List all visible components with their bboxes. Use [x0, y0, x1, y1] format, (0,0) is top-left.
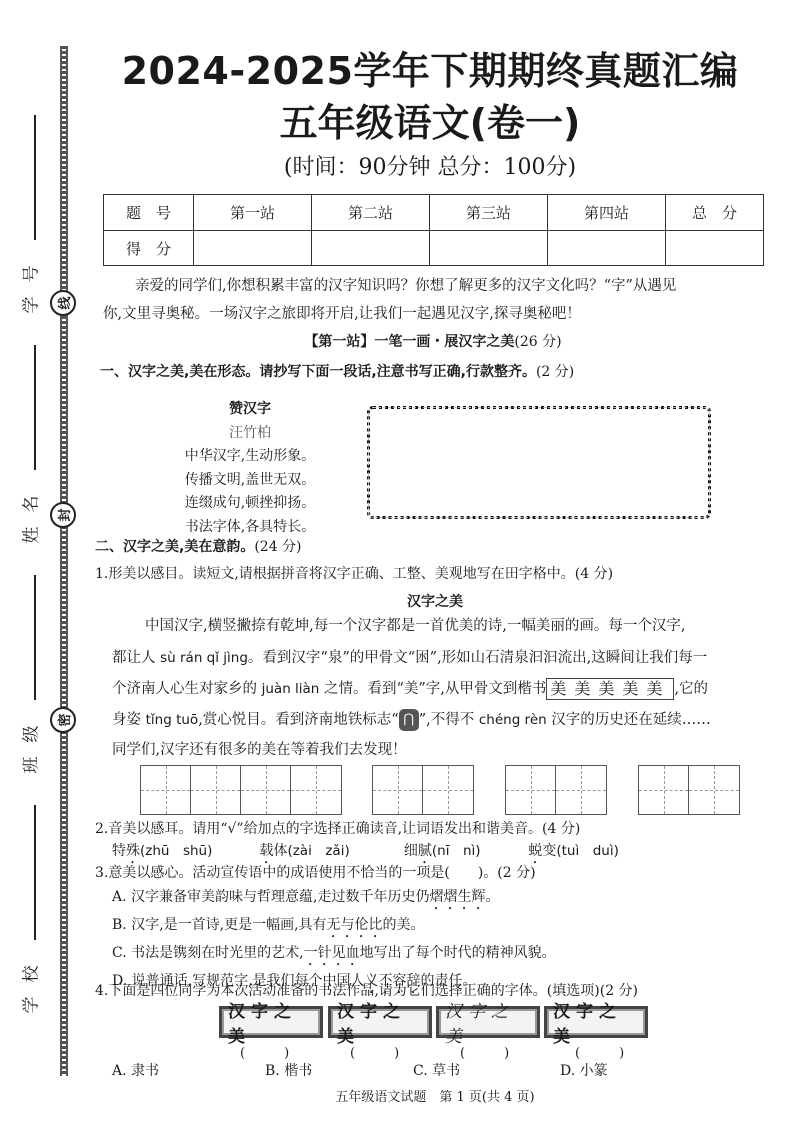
poem: 赞汉字 汪竹柏 中华汉字,生动形象。 传播文明,盖世无双。 连缀成句,顿挫抑扬。… [150, 398, 350, 539]
poem-line: 连缀成句,顿挫抑扬。 [150, 492, 350, 516]
name-input-line[interactable] [34, 345, 36, 470]
mei-evolution-image: 美美美美美 [546, 678, 674, 700]
quan-oracle-glyph: 囦 [415, 650, 430, 666]
calligraphy-work-4: 汉字之美 [544, 1006, 648, 1038]
copy-writing-box[interactable] [367, 406, 711, 519]
pinyin-blank: tǐng tuō [146, 712, 199, 728]
pronunciation-item: 蜕变(tuì duì) [528, 843, 619, 859]
pinyin-options[interactable]: (nī nì) [432, 843, 481, 859]
tianzige-cell[interactable] [241, 766, 291, 814]
tianzige-cell[interactable] [556, 766, 606, 814]
choice-a: A. 隶书 [112, 1060, 159, 1080]
class-field: 班级 [14, 710, 44, 770]
header-cell: 第一站 [194, 195, 312, 231]
exam-subtitle: 五年级语文(卷一) [100, 92, 760, 147]
tianzige-cell[interactable] [423, 766, 473, 814]
row-label: 得 分 [104, 231, 194, 266]
tianzige-cell[interactable] [291, 766, 341, 814]
exam-title: 2024-2025学年下期期终真题汇编 [100, 40, 760, 95]
score-cell[interactable] [548, 231, 666, 266]
header-cell: 第四站 [548, 195, 666, 231]
binding-mark-xian: 线 [50, 290, 76, 316]
pinyin-blank: juàn liàn [262, 681, 320, 697]
option-a[interactable]: A. 汉字兼备审美韵味与哲理意蕴,走过数千年历史仍熠熠生辉。 [112, 885, 772, 913]
passage-line-3: 个济南人心生对家乡的 juàn liàn 之情。看到“美”字,从甲骨文到楷书美美… [112, 675, 772, 703]
score-cell[interactable] [194, 231, 312, 266]
score-table-score-row: 得 分 [104, 231, 764, 266]
student-id-field: 学号 [14, 250, 44, 310]
option-b[interactable]: B. 汉字,是一首诗,更是一幅画,具有无与伦比的美。 [112, 913, 772, 941]
score-cell[interactable] [430, 231, 548, 266]
tianzige-cell[interactable] [639, 766, 689, 814]
question-1: 一、汉字之美,美在形态。请抄写下面一段话,注意书写正确,行款整齐。(2 分) [100, 360, 770, 384]
tianzige-cell[interactable] [689, 766, 739, 814]
school-field: 学校 [14, 950, 44, 1010]
exam-meta: (时间：90分钟 总分：100分) [100, 150, 760, 181]
answer-blank-4[interactable]: ( ) [575, 1042, 624, 1061]
choice-d: D. 小篆 [560, 1060, 608, 1080]
passage-line-1: 中国汉字,横竖撇捺有乾坤,每一个汉字都是一首优美的诗,一幅美丽的画。每一个汉字, [145, 612, 785, 640]
binding-mark-mi: 密 [50, 707, 76, 733]
jinan-metro-logo-icon: ⋂ [399, 709, 419, 731]
answer-blank-1[interactable]: ( ) [240, 1042, 289, 1061]
passage-line-5: 同学们,汉字还有很多的美在等着我们去发现！ [112, 736, 772, 764]
pinyin-options[interactable]: (zhū shū) [140, 843, 212, 859]
binding-line [60, 46, 68, 1076]
score-table-header-row: 题 号 第一站 第二站 第三站 第四站 总 分 [104, 195, 764, 231]
passage-line-4: 身姿 tǐng tuō,赏心悦目。看到济南地铁标志“⋂”,不得不 chéng r… [112, 706, 782, 734]
question-2-2: 2.音美以感耳。请用“√”给加点的字选择正确读音,让词语发出和谐美音。(4 分) [95, 818, 775, 840]
school-input-line[interactable] [34, 805, 36, 940]
calligraphy-work-1: 汉字之美 [219, 1006, 323, 1038]
header-cell: 题 号 [104, 195, 194, 231]
tianzige-group-2 [372, 765, 474, 815]
calligraphy-work-3: 汉字之美 [436, 1006, 540, 1038]
pinyin-blank: chéng rèn [479, 712, 547, 728]
binding-mark-feng: 封 [50, 502, 76, 528]
class-input-line[interactable] [34, 575, 36, 700]
calligraphy-work-2: 汉字之美 [328, 1006, 432, 1038]
header-cell: 总 分 [666, 195, 764, 231]
page-footer: 五年级语文试题 第 1 页(共 4 页) [95, 1086, 775, 1105]
choice-c: C. 草书 [413, 1060, 460, 1080]
station-1-heading: 【第一站】一笔一画・展汉字之美(26 分) [103, 330, 763, 354]
choice-b: B. 楷书 [265, 1060, 312, 1080]
score-table: 题 号 第一站 第二站 第三站 第四站 总 分 得 分 [103, 194, 764, 266]
poem-line: 中华汉字,生动形象。 [150, 445, 350, 469]
tianzige-group-1 [140, 765, 342, 815]
poem-line: 传播文明,盖世无双。 [150, 469, 350, 493]
name-field: 姓名 [14, 480, 44, 540]
poem-author: 汪竹柏 [150, 422, 350, 446]
intro-line-2: 你,文里寻奥秘。一场汉字之旅即将开启,让我们一起遇见汉字,探寻奥秘吧！ [103, 300, 763, 328]
tianzige-group-3 [505, 765, 607, 815]
answer-blank-3[interactable]: ( ) [460, 1042, 509, 1061]
passage-line-2: 都让人 sù rán qǐ jìng。看到汉字“泉”的甲骨文“囦”,形如山石清泉… [112, 644, 772, 672]
tianzige-cell[interactable] [506, 766, 556, 814]
student-id-input-line[interactable] [34, 115, 36, 240]
tianzige-cell[interactable] [373, 766, 423, 814]
tianzige-cell[interactable] [191, 766, 241, 814]
header-cell: 第二站 [312, 195, 430, 231]
question-2: 二、汉字之美,美在意韵。(24 分) [95, 535, 765, 559]
pinyin-options[interactable]: (zài zǎi) [287, 843, 349, 859]
answer-blank-2[interactable]: ( ) [350, 1042, 399, 1061]
tianzige-cell[interactable] [141, 766, 191, 814]
question-2-1: 1.形美以感目。读短文,请根据拼音将汉字正确、工整、美观地写在田字格中。(4 分… [95, 562, 775, 586]
poem-title: 赞汉字 [150, 398, 350, 422]
score-cell[interactable] [312, 231, 430, 266]
question-2-3: 3.意美以感心。活动宣传语中的成语使用不恰当的一项是( )。(2 分) [95, 862, 775, 884]
passage-title: 汉字之美 [95, 590, 775, 614]
pinyin-options[interactable]: (tuì duì) [556, 843, 619, 859]
question-2-4: 4.下面是四位同学为本次活动准备的书法作品,请为它们选择正确的字体。(填选项)(… [95, 980, 775, 1002]
intro-line-1: 亲爱的同学们,你想积累丰富的汉字知识吗？你想了解更多的汉字文化吗？“字”从遇见 [135, 272, 775, 300]
score-cell[interactable] [666, 231, 764, 266]
option-c[interactable]: C. 书法是镌刻在时光里的艺术,一针见血地写出了每个时代的精神风貌。 [112, 941, 772, 969]
tianzige-group-4 [638, 765, 740, 815]
header-cell: 第三站 [430, 195, 548, 231]
pinyin-blank: sù rán qǐ jìng [160, 650, 248, 666]
